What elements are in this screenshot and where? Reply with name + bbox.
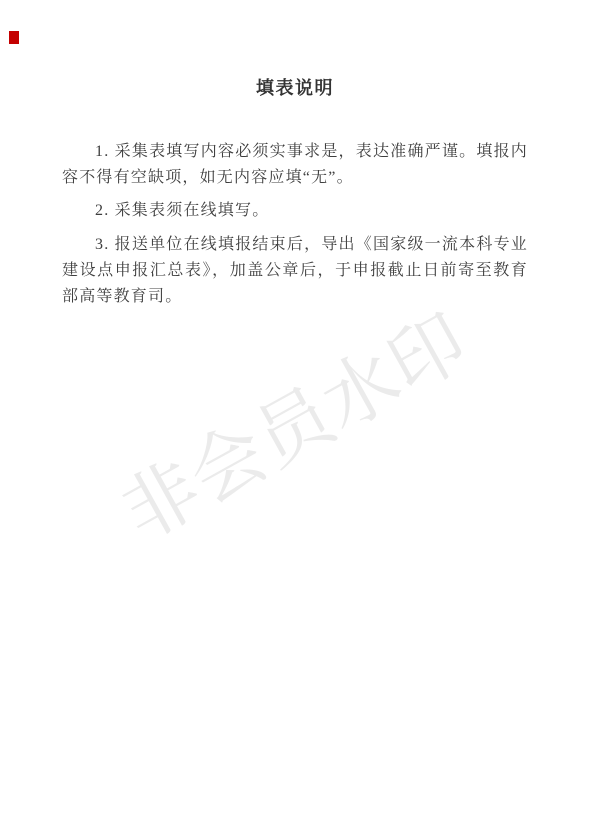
instruction-paragraph-1: 1. 采集表填写内容必须实事求是，表达准确严谨。填报内容不得有空缺项，如无内容应… bbox=[62, 139, 528, 191]
red-corner-mark bbox=[9, 31, 19, 44]
instruction-paragraph-3: 3. 报送单位在线填报结束后，导出《国家级一流本科专业建设点申报汇总表》，加盖公… bbox=[62, 232, 528, 310]
document-page: 非会员水印 填表说明 1. 采集表填写内容必须实事求是，表达准确严谨。填报内容不… bbox=[0, 0, 590, 834]
diagonal-watermark: 非会员水印 bbox=[100, 283, 484, 561]
page-title: 填表说明 bbox=[62, 75, 528, 101]
instruction-paragraph-2: 2. 采集表须在线填写。 bbox=[62, 198, 528, 224]
document-content: 填表说明 1. 采集表填写内容必须实事求是，表达准确严谨。填报内容不得有空缺项，… bbox=[62, 0, 528, 310]
